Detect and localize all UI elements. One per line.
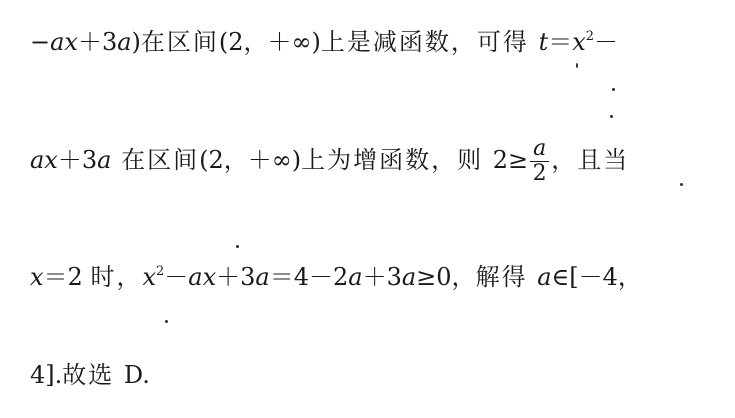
- math-var: x: [572, 28, 586, 56]
- math-term: ＋3: [363, 263, 402, 291]
- inequality: ≥0，: [416, 263, 475, 291]
- math-term: ＝4－2: [270, 263, 349, 291]
- equals-sign: ＝: [548, 28, 572, 56]
- interval: ∈[－4，: [552, 263, 642, 291]
- text-line-2: ax＋3a 在区间(2，＋∞)上为增函数，则 2≥a2，且当: [30, 137, 629, 186]
- paren: ): [132, 28, 141, 56]
- chinese-text: 上是减函数，可得: [321, 28, 539, 56]
- math-var: ax: [30, 146, 58, 174]
- interval-end: 4].: [30, 361, 62, 389]
- scan-speck: [610, 115, 613, 118]
- math-var: t: [539, 28, 549, 56]
- math-var: ax: [188, 263, 216, 291]
- inequality: 2≥: [493, 146, 528, 174]
- math-var: a: [255, 263, 269, 291]
- exponent: 2: [586, 29, 594, 44]
- interval: (2，＋∞): [199, 146, 301, 174]
- math-term: ＋3: [78, 28, 117, 56]
- minus-sign: −: [30, 28, 50, 56]
- scan-speck: [680, 183, 683, 186]
- fraction-a-over-2: a2: [530, 137, 549, 186]
- minus-sign: －: [594, 28, 618, 56]
- chinese-text: 解得: [476, 263, 538, 291]
- minus-sign: －: [164, 263, 188, 291]
- math-var: a: [117, 28, 131, 56]
- chinese-text: 时，: [90, 263, 142, 291]
- fraction-denominator: 2: [530, 162, 549, 186]
- math-var: a: [537, 263, 551, 291]
- chinese-text: 在区间: [111, 146, 199, 174]
- math-var: ax: [50, 28, 78, 56]
- math-var: x: [142, 263, 156, 291]
- math-var: a: [402, 263, 416, 291]
- math-term: ＋3: [58, 146, 97, 174]
- text-line-4: 4].故选 D.: [30, 360, 150, 390]
- text-line-3: x＝2 时，x2－ax＋3a＝4－2a＋3a≥0，解得 a∈[－4，: [30, 257, 642, 292]
- scan-speck: [236, 245, 239, 248]
- math-term: ＝2: [44, 263, 91, 291]
- math-var: a: [97, 146, 111, 174]
- chinese-text: 故选: [62, 361, 124, 389]
- math-var: a: [348, 263, 362, 291]
- chinese-text: 上为增函数，则: [301, 146, 493, 174]
- chinese-text: ，且当: [551, 146, 629, 174]
- scan-speck: [612, 88, 615, 91]
- text-line-1: −ax＋3a)在区间(2，＋∞)上是减函数，可得 t＝x2－: [30, 22, 618, 57]
- math-term: ＋3: [216, 263, 255, 291]
- math-var: x: [30, 263, 44, 291]
- scan-speck: [165, 320, 168, 323]
- scan-speck: [576, 63, 578, 68]
- interval: (2，＋∞): [219, 28, 321, 56]
- chinese-text: 在区间: [141, 28, 219, 56]
- fraction-numerator: a: [530, 137, 549, 162]
- answer-choice: D.: [124, 361, 150, 389]
